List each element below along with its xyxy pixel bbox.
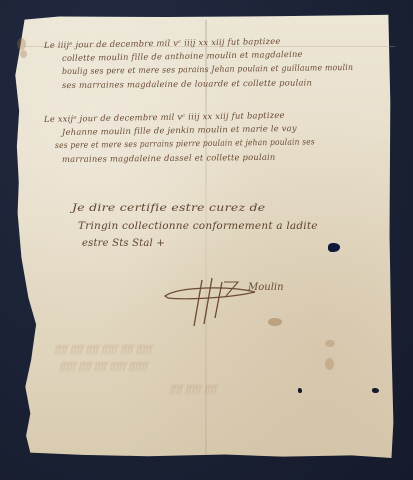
stain-lower-mid [325, 358, 334, 370]
faded-line-1: ffff ffff ffff fffff ffff fffff [55, 345, 152, 355]
signature-monogram [160, 278, 260, 338]
signature-name: Moulin [248, 282, 284, 293]
faded-line-3: ffff fffff ffff [170, 385, 217, 395]
attestation-line-3: estre Sts Stal + [82, 238, 165, 249]
faded-line-2: fffff ffff ffff fffff ffffff [60, 362, 148, 372]
stain-top-left [17, 38, 26, 50]
attestation-line-2: Tringin collectionne conformement a ladi… [78, 221, 318, 232]
stain-top-left-2 [20, 50, 27, 58]
stain-lower-right [325, 340, 335, 347]
attestation-line-1: Je dire certifie estre curez de [72, 203, 265, 214]
stain-near-signature [268, 318, 282, 326]
paper-hole-2 [372, 388, 379, 393]
paper-hole-1 [298, 388, 302, 393]
